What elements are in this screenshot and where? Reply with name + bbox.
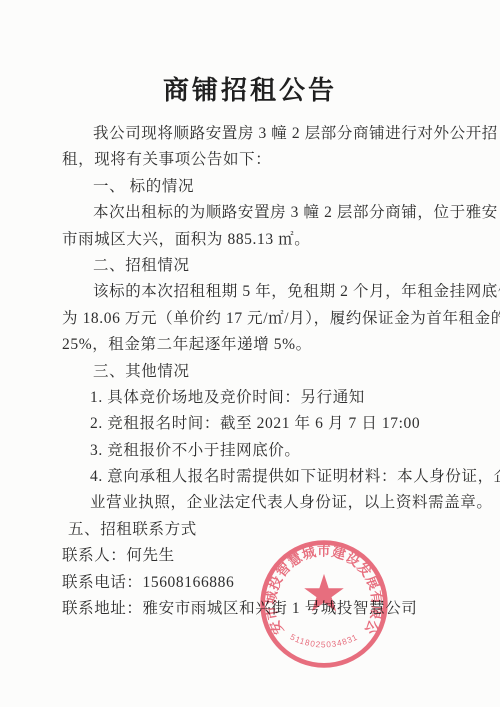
document-body: 我公司现将顺路安置房 3 幢 2 层部分商铺进行对外公开招 租，现将有关事项公告… [62, 121, 460, 622]
intro-line-1: 我公司现将顺路安置房 3 幢 2 层部分商铺进行对外公开招 [62, 121, 460, 147]
list-item-3: 3. 竞租报价不小于挂网底价。 [62, 438, 460, 464]
section2-line-1: 该标的本次招租租期 5 年，免租期 2 个月，年租金挂网底价 [62, 279, 460, 305]
section5-heading: 五、招租联系方式 [62, 517, 460, 543]
list-item-1: 1. 具体竞价场地及竞价时间：另行通知 [62, 385, 460, 411]
seal-number-text: 5118025034831 [289, 632, 360, 650]
section1-heading: 一、 标的情况 [62, 174, 460, 200]
contact-phone-line: 联系电话：15608166886 [62, 570, 460, 596]
contact-person-line: 联系人：何先生 [62, 543, 460, 569]
section2-line-2: 为 18.06 万元（单价约 17 元/㎡/月），履约保证金为首年租金的 [62, 306, 460, 332]
scanned-announcement-page: 商铺招租公告 我公司现将顺路安置房 3 幢 2 层部分商铺进行对外公开招 租，现… [0, 0, 500, 707]
contact-address-line: 联系地址：雅安市雨城区和兴街 1 号城投智慧公司 [62, 596, 460, 622]
intro-line-2: 租，现将有关事项公告如下： [62, 147, 460, 173]
section1-line-1: 本次出租标的为顺路安置房 3 幢 2 层部分商铺，位于雅安 [62, 200, 460, 226]
section2-line-3: 25%，租金第二年起逐年递增 5%。 [62, 332, 460, 358]
section1-line-2: 市雨城区大兴，面积为 885.13 ㎡。 [62, 227, 460, 253]
page-title: 商铺招租公告 [0, 70, 500, 107]
list-item-4-line-2: 业营业执照，企业法定代表人身份证，以上资料需盖章。 [62, 490, 460, 516]
list-item-4-line-1: 4. 意向承租人报名时需提供如下证明材料：本人身份证，企 [62, 464, 460, 490]
section3-heading: 三、其他情况 [62, 359, 460, 385]
list-item-2: 2. 竞租报名时间：截至 2021 年 6 月 7 日 17:00 [62, 411, 460, 437]
section2-heading: 二、招租情况 [62, 253, 460, 279]
svg-text:5118025034831: 5118025034831 [289, 632, 360, 650]
